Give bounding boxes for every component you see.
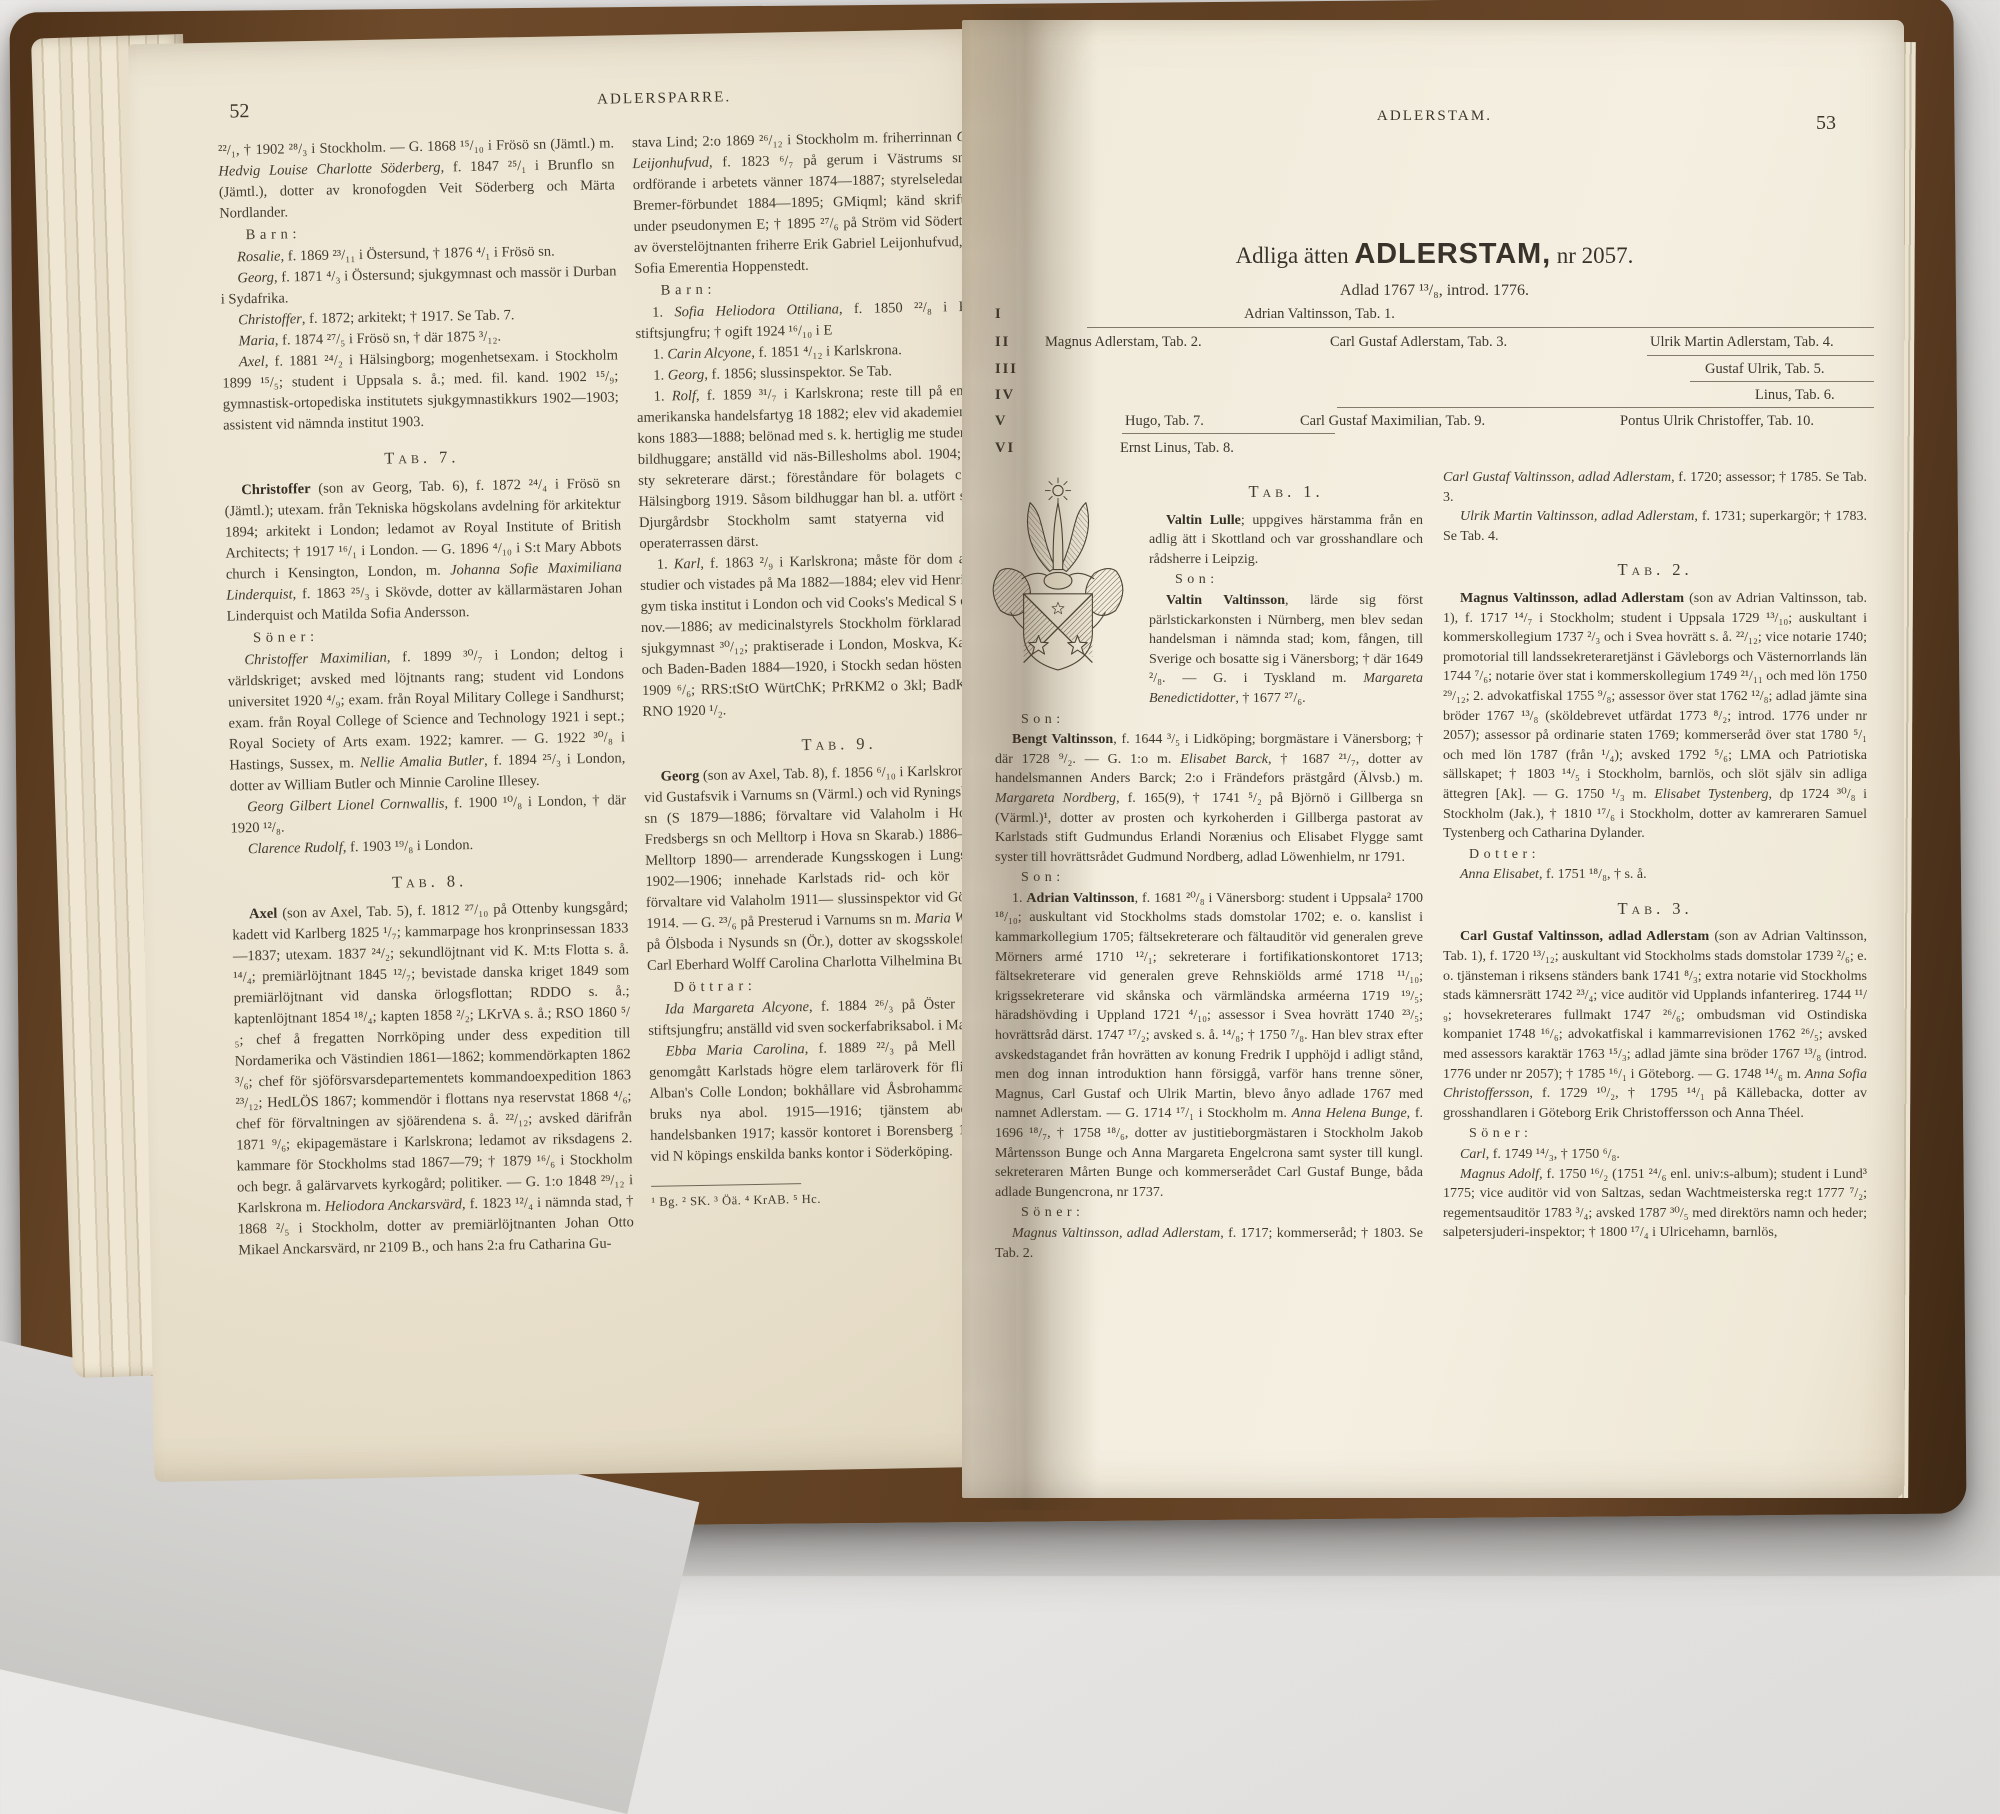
- paragraph: Carl, f. 1749 ¹⁴/₃, † 1750 ⁶/₈.: [1443, 1145, 1867, 1165]
- tree-entry: Magnus Adlerstam, Tab. 2.: [1045, 334, 1202, 351]
- tab-heading: Tab. 3.: [1443, 899, 1867, 919]
- tree-connector-line: [1647, 355, 1874, 356]
- title-suffix: nr 2057.: [1551, 243, 1633, 268]
- running-header-left: ADLERSPARRE.: [299, 84, 1029, 114]
- shield: [1024, 594, 1093, 670]
- section-label: Son:: [995, 868, 1423, 888]
- tree-entry: Ulrik Martin Adlerstam, Tab. 4.: [1650, 334, 1834, 351]
- right-page: 53 ADLERSTAM. Adliga ätten ADLERSTAM, nr…: [962, 20, 1904, 1498]
- footnote-rule: [651, 1183, 801, 1187]
- paragraph: Christoffer Maximilian, f. 1899 ³⁰/₇ i L…: [227, 643, 626, 797]
- family-title: Adliga ätten ADLERSTAM, nr 2057.: [1002, 238, 1867, 271]
- paragraph: Christoffer (son av Georg, Tab. 6), f. 1…: [224, 473, 623, 627]
- generation-numeral: IV: [995, 387, 1015, 404]
- tree-entry: Gustaf Ulrik, Tab. 5.: [1705, 361, 1825, 378]
- paragraph: Bengt Valtinsson, f. 1644 ³/₅ i Lidköpin…: [995, 730, 1423, 867]
- tree-connector-line: [1690, 381, 1874, 382]
- ostrich-plumes: [1027, 503, 1088, 572]
- generation-numeral: II: [995, 334, 1010, 351]
- left-page-columns: ²²/₁, † 1902 ²⁸/₃ i Stockholm. — G. 1868…: [218, 126, 1048, 1441]
- section-label: Dotter:: [1443, 845, 1867, 865]
- coat-of-arms-engraving: [979, 470, 1137, 698]
- paragraph: Anna Elisabet, f. 1751 ¹⁸/₈, † s. å.: [1443, 865, 1867, 885]
- right-page-columns: Tab. 1.Valtin Lulle; uppgives härstamma …: [995, 468, 1867, 1456]
- right-page-column-2: Carl Gustaf Valtinsson, adlad Adlerstam,…: [1443, 468, 1867, 1456]
- section-label: Son:: [995, 710, 1423, 730]
- paragraph: Axel (son av Axel, Tab. 5), f. 1812 ²⁷/₁…: [232, 897, 634, 1261]
- title-prefix: Adliga ätten: [1236, 243, 1355, 268]
- paragraph: 1. Adrian Valtinsson, f. 1681 ²⁰/₈ i Vän…: [995, 889, 1423, 1203]
- paragraph: Carl Gustaf Valtinsson, adlad Adlerstam,…: [1443, 468, 1867, 507]
- paragraph: Georg, f. 1871 ⁴/₃ i Östersund; sjukgymn…: [220, 261, 617, 310]
- tree-connector-line: [1122, 433, 1335, 434]
- footnote-text: ¹ Bg. ² SK. ³ Öä. ⁴ KrAB. ⁵ Hc.: [651, 1192, 821, 1209]
- paragraph: Georg Gilbert Lionel Cornwallis, f. 1900…: [230, 790, 627, 839]
- tree-entry: Hugo, Tab. 7.: [1125, 413, 1204, 430]
- generation-numeral: V: [995, 413, 1007, 430]
- section-label: Söner:: [995, 1203, 1423, 1223]
- tree-entry: Adrian Valtinsson, Tab. 1.: [992, 306, 1647, 323]
- tree-entry: Carl Gustaf Maximilian, Tab. 9.: [1300, 413, 1485, 430]
- paragraph: Magnus Valtinsson, adlad Adlerstam, f. 1…: [995, 1224, 1423, 1263]
- right-page-column-1: Tab. 1.Valtin Lulle; uppgives härstamma …: [995, 468, 1423, 1456]
- tree-entry: Linus, Tab. 6.: [1755, 387, 1835, 404]
- tab-heading: Tab. 7.: [224, 443, 620, 471]
- left-page: 52 ADLERSPARRE. ²²/₁, † 1902 ²⁸/₃ i Stoc…: [128, 28, 1056, 1482]
- helmet: [1044, 572, 1072, 589]
- tab-heading: Tab. 2.: [1443, 560, 1867, 580]
- family-name: ADLERSTAM,: [1354, 238, 1551, 270]
- tab-heading: Tab. 8.: [231, 867, 627, 895]
- tree-connector-line: [1087, 327, 1874, 328]
- section-label: Söner:: [1443, 1124, 1867, 1144]
- genealogy-tree: IAdrian Valtinsson, Tab. 1.IIMagnus Adle…: [992, 300, 1874, 472]
- paragraph: Carl Gustaf Valtinsson, adlad Adlerstam …: [1443, 927, 1867, 1123]
- tree-entry: Pontus Ulrik Christoffer, Tab. 10.: [1620, 413, 1814, 430]
- ennoblement-subtitle: Adlad 1767 ¹³/₈, introd. 1776.: [1002, 282, 1867, 300]
- paragraph: Magnus Valtinsson, adlad Adlerstam (son …: [1443, 589, 1867, 844]
- left-page-column-1: ²²/₁, † 1902 ²⁸/₃ i Stockholm. — G. 1868…: [218, 133, 638, 1440]
- running-header-right: ADLERSTAM.: [1002, 108, 1867, 125]
- page-number-left: 52: [229, 100, 249, 123]
- paragraph: Ulrik Martin Valtinsson, adlad Adlerstam…: [1443, 507, 1867, 546]
- generation-numeral: VI: [995, 440, 1015, 457]
- tree-connector-line: [1337, 407, 1874, 408]
- photo-of-open-book: 52 ADLERSPARRE. ²²/₁, † 1902 ²⁸/₃ i Stoc…: [0, 0, 2000, 1576]
- tree-entry: Carl Gustaf Adlerstam, Tab. 3.: [1330, 334, 1507, 351]
- paragraph: Axel, f. 1881 ²⁴/₂ i Hälsingborg; mogenh…: [222, 345, 619, 436]
- tree-entry: Ernst Linus, Tab. 8.: [1120, 440, 1234, 457]
- paragraph: Magnus Adolf, f. 1750 ¹⁶/₂ (1751 ²⁴/₆ en…: [1443, 1165, 1867, 1243]
- sunburst-crest: [1045, 478, 1071, 504]
- paragraph: ²²/₁, † 1902 ²⁸/₃ i Stockholm. — G. 1868…: [218, 133, 615, 224]
- generation-numeral: III: [995, 361, 1018, 378]
